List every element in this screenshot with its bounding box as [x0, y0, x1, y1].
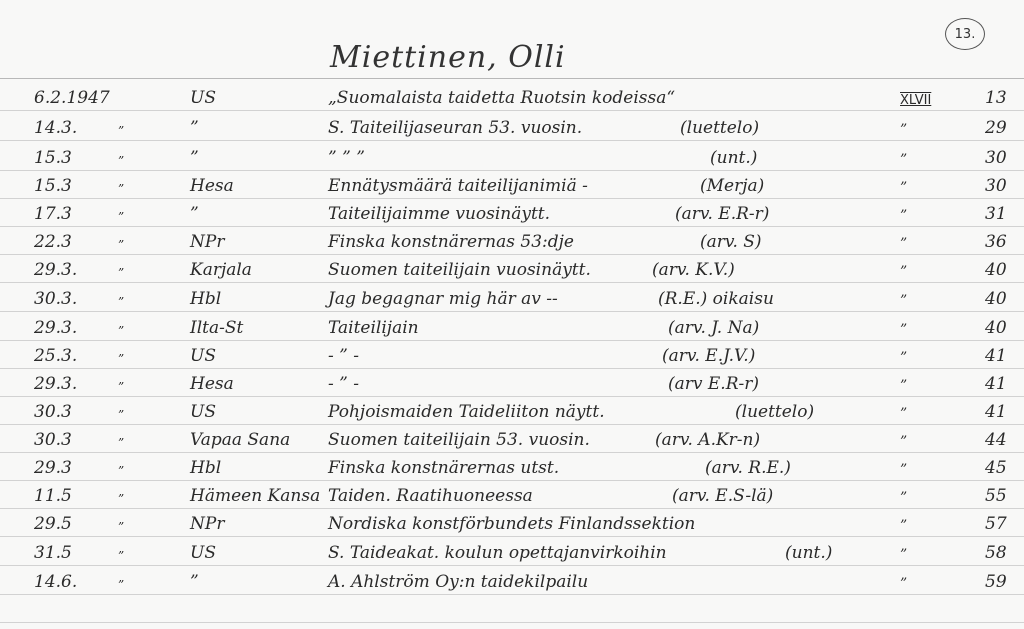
card-entry-row: 30.3. ” Hbl Jag begagnar mig här av -- (… — [0, 283, 1024, 311]
card-entry-row: 6.2.1947 US „Suomalaista taidetta Ruotsi… — [0, 82, 1024, 110]
header-divider — [0, 78, 1024, 79]
ruled-line — [0, 594, 1024, 595]
entry-page: 41 — [985, 374, 1007, 394]
entry-year-ditto: ” — [118, 464, 124, 478]
card-entry-row: 29.3. ” Ilta-St Taiteilijain (arv. J. Na… — [0, 312, 1024, 340]
entry-volume: ” — [900, 518, 907, 534]
entry-year-ditto: ” — [118, 124, 124, 138]
entry-volume: ” — [900, 152, 907, 168]
entry-year-ditto: ” — [118, 520, 124, 534]
ruled-line — [0, 622, 1024, 623]
entry-newspaper: Ilta-St — [190, 318, 243, 338]
ruled-line — [0, 110, 1024, 111]
entry-date: 22.3 — [34, 232, 72, 252]
card-entry-row: 30.3 ” Vapaa Sana Suomen taiteilijain 53… — [0, 424, 1024, 452]
card-number-circle: 13. — [945, 18, 985, 50]
entry-newspaper: NPr — [190, 232, 224, 252]
entry-article-title: Suomen taiteilijain vuosinäytt. — [328, 260, 591, 280]
entry-note: (luettelo) — [680, 118, 759, 138]
entry-year-ditto: ” — [118, 352, 124, 366]
ruled-line — [0, 140, 1024, 141]
entry-note: (arv. J. Na) — [668, 318, 759, 338]
entry-note: (arv E.R-r) — [668, 374, 759, 394]
entry-date: 15.3 — [34, 148, 72, 168]
entry-date: 11.5 — [34, 486, 72, 506]
entry-article-title: Jag begagnar mig här av -- — [328, 289, 558, 309]
entry-newspaper: Hämeen Kansa — [190, 486, 320, 506]
entry-year-ditto: ” — [118, 154, 124, 168]
entry-year-ditto: ” — [118, 492, 124, 506]
entry-volume: ” — [900, 406, 907, 422]
entry-date: 25.3. — [34, 346, 77, 366]
entry-date: 14.6. — [34, 572, 77, 592]
card-entry-row: 14.6. ” ” A. Ahlström Oy:n taidekilpailu… — [0, 566, 1024, 594]
entry-note: (arv. E.R-r) — [675, 204, 769, 224]
entry-article-title: Taiden. Raatihuoneessa — [328, 486, 533, 506]
entry-article-title: Nordiska konstförbundets Finlandssektion — [328, 514, 695, 534]
entry-note: (arv. A.Kr-n) — [655, 430, 760, 450]
entry-page: 40 — [985, 318, 1007, 338]
entry-year-ditto: ” — [118, 549, 124, 563]
card-entry-row: 29.3. ” Hesa - ” - (arv E.R-r) ” 41 — [0, 368, 1024, 396]
entry-note: (unt.) — [710, 148, 757, 168]
entry-volume: ” — [900, 547, 907, 563]
entry-newspaper: ” — [190, 204, 199, 224]
entry-page: 58 — [985, 543, 1007, 563]
entry-note: (Merja) — [700, 176, 764, 196]
entry-date: 30.3 — [34, 402, 72, 422]
entry-newspaper: Hesa — [190, 176, 234, 196]
card-entry-row: 22.3 ” NPr Finska konstnärernas 53:dje (… — [0, 226, 1024, 254]
card-entry-row: 29.3. ” Karjala Suomen taiteilijain vuos… — [0, 254, 1024, 282]
entry-newspaper: US — [190, 543, 216, 563]
entry-newspaper: Hbl — [190, 458, 221, 478]
entry-date: 6.2.1947 — [34, 88, 110, 108]
entry-article-title: Pohjoismaiden Taideliiton näytt. — [328, 402, 605, 422]
entry-page: 41 — [985, 346, 1007, 366]
entry-article-title: Finska konstnärernas 53:dje — [328, 232, 574, 252]
entry-volume: ” — [900, 576, 907, 592]
entry-article-title: „Suomalaista taidetta Ruotsin kodeissa“ — [328, 88, 675, 108]
card-number: 13. — [955, 27, 976, 42]
entry-year-ditto: ” — [118, 408, 124, 422]
entry-volume: ” — [900, 180, 907, 196]
entry-page: 59 — [985, 572, 1007, 592]
entry-article-title: - ” - — [328, 374, 359, 394]
entry-volume: ” — [900, 462, 907, 478]
entry-note: (luettelo) — [735, 402, 814, 422]
card-heading-name: Miettinen, Olli — [330, 40, 566, 75]
card-entry-row: 14.3. ” ” S. Taiteilijaseuran 53. vuosin… — [0, 112, 1024, 140]
entry-year-ditto: ” — [118, 266, 124, 280]
entry-date: 29.3. — [34, 374, 77, 394]
entry-year-ditto: ” — [118, 182, 124, 196]
entry-year-ditto: ” — [118, 436, 124, 450]
entry-newspaper: US — [190, 88, 216, 108]
entry-year-ditto: ” — [118, 578, 124, 592]
entry-article-title: ” ” ” — [328, 148, 365, 168]
entry-page: 44 — [985, 430, 1007, 450]
entry-note: (arv. S) — [700, 232, 762, 252]
entry-article-title: A. Ahlström Oy:n taidekilpailu — [328, 572, 588, 592]
entry-article-title: Taiteilijaimme vuosinäytt. — [328, 204, 550, 224]
entry-volume: XLVII — [900, 93, 931, 108]
card-entry-row: 30.3 ” US Pohjoismaiden Taideliiton näyt… — [0, 396, 1024, 424]
entry-newspaper: US — [190, 402, 216, 422]
entry-date: 15.3 — [34, 176, 72, 196]
entry-page: 13 — [985, 88, 1007, 108]
card-entry-row: 29.3 ” Hbl Finska konstnärernas utst. (a… — [0, 452, 1024, 480]
entry-newspaper: US — [190, 346, 216, 366]
entry-page: 41 — [985, 402, 1007, 422]
entry-volume: ” — [900, 322, 907, 338]
entry-volume: ” — [900, 293, 907, 309]
entry-year-ditto: ” — [118, 238, 124, 252]
entry-volume: ” — [900, 208, 907, 224]
entry-newspaper: Vapaa Sana — [190, 430, 290, 450]
entry-note: (R.E.) oikaisu — [658, 289, 774, 309]
entry-note: (unt.) — [785, 543, 832, 563]
entry-page: 45 — [985, 458, 1007, 478]
card-entry-row: 29.5 ” NPr Nordiska konstförbundets Finl… — [0, 508, 1024, 536]
entry-page: 40 — [985, 260, 1007, 280]
entry-newspaper: ” — [190, 572, 199, 592]
card-entry-row: 31.5 ” US S. Taideakat. koulun opettajan… — [0, 537, 1024, 565]
index-card: Miettinen, Olli 13. 6.2.1947 US „Suomala… — [0, 0, 1024, 629]
entry-newspaper: ” — [190, 148, 199, 168]
entry-volume: ” — [900, 264, 907, 280]
entry-page: 29 — [985, 118, 1007, 138]
entry-page: 40 — [985, 289, 1007, 309]
entry-date: 29.3. — [34, 260, 77, 280]
entry-year-ditto: ” — [118, 380, 124, 394]
entry-date: 29.3 — [34, 458, 72, 478]
card-entry-row: 11.5 ” Hämeen Kansa Taiden. Raatihuonees… — [0, 480, 1024, 508]
entry-note: (arv. K.V.) — [652, 260, 735, 280]
entry-page: 57 — [985, 514, 1007, 534]
card-entry-row: 15.3 ” ” ” ” ” (unt.) ” 30 — [0, 142, 1024, 170]
entry-page: 30 — [985, 176, 1007, 196]
entry-article-title: Ennätysmäärä taiteilijanimiä - — [328, 176, 588, 196]
card-entry-row: 17.3 ” ” Taiteilijaimme vuosinäytt. (arv… — [0, 198, 1024, 226]
entry-article-title: S. Taideakat. koulun opettajanvirkoihin — [328, 543, 667, 563]
entry-date: 30.3 — [34, 430, 72, 450]
entry-note: (arv. R.E.) — [705, 458, 791, 478]
entry-date: 29.5 — [34, 514, 72, 534]
card-entry-row: 25.3. ” US - ” - (arv. E.J.V.) ” 41 — [0, 340, 1024, 368]
entry-note: (arv. E.J.V.) — [662, 346, 755, 366]
entry-article-title: Suomen taiteilijain 53. vuosin. — [328, 430, 590, 450]
entry-date: 30.3. — [34, 289, 77, 309]
entry-newspaper: Hbl — [190, 289, 221, 309]
entry-page: 36 — [985, 232, 1007, 252]
entry-date: 29.3. — [34, 318, 77, 338]
entry-volume: ” — [900, 490, 907, 506]
entry-newspaper: NPr — [190, 514, 224, 534]
entry-article-title: - ” - — [328, 346, 359, 366]
entry-article-title: Finska konstnärernas utst. — [328, 458, 559, 478]
entry-newspaper: Karjala — [190, 260, 252, 280]
entry-newspaper: ” — [190, 118, 199, 138]
entry-year-ditto: ” — [118, 210, 124, 224]
entry-date: 31.5 — [34, 543, 72, 563]
entry-year-ditto: ” — [118, 324, 124, 338]
entry-volume: ” — [900, 350, 907, 366]
entry-volume: ” — [900, 434, 907, 450]
faint-stamp-mark — [40, 5, 60, 39]
entry-page: 55 — [985, 486, 1007, 506]
entry-date: 14.3. — [34, 118, 77, 138]
entry-article-title: Taiteilijain — [328, 318, 419, 338]
entry-year-ditto: ” — [118, 295, 124, 309]
entry-note: (arv. E.S-lä) — [672, 486, 773, 506]
entry-page: 31 — [985, 204, 1007, 224]
entry-volume: ” — [900, 236, 907, 252]
card-entry-row: 15.3 ” Hesa Ennätysmäärä taiteilijanimiä… — [0, 170, 1024, 198]
entry-volume: ” — [900, 122, 907, 138]
entry-newspaper: Hesa — [190, 374, 234, 394]
entry-page: 30 — [985, 148, 1007, 168]
entry-date: 17.3 — [34, 204, 72, 224]
entry-volume: ” — [900, 378, 907, 394]
entry-article-title: S. Taiteilijaseuran 53. vuosin. — [328, 118, 582, 138]
